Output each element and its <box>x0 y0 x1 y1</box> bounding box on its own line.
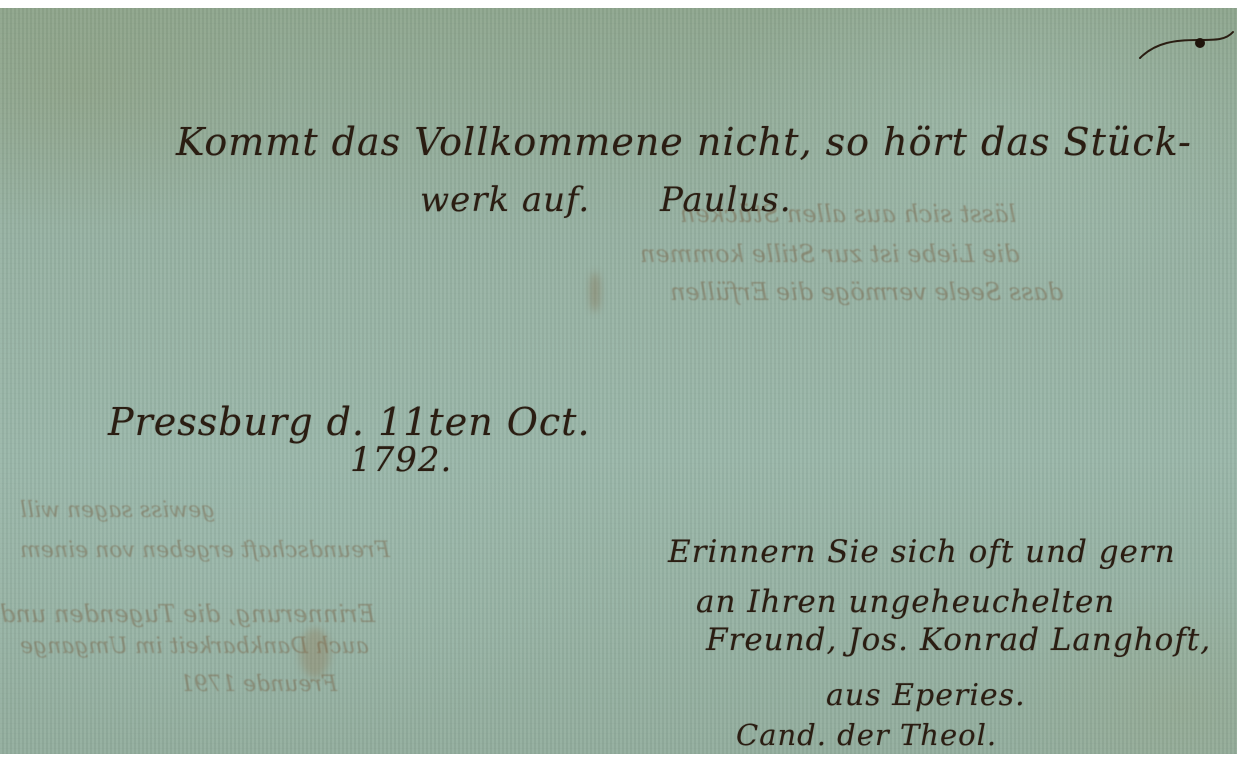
dateline-place-day: Pressburg d. 11ten Oct. <box>108 400 591 444</box>
ink-stain <box>300 628 330 678</box>
bleed-through-line: die Liebe ist zur Stille kommen <box>640 240 1019 268</box>
signature-line: an Ihren ungeheuchelten <box>696 584 1115 620</box>
signature-title: Cand. der Theol. <box>736 718 997 752</box>
bleed-through-line: Erinnerung, die Tugenden und <box>0 600 375 628</box>
signature-line: Erinnern Sie sich oft und gern <box>668 534 1176 570</box>
signature-origin: aus Eperies. <box>826 678 1026 713</box>
motto-attribution: Paulus. <box>660 180 792 220</box>
motto-line-2: werk auf. <box>420 180 590 220</box>
motto-line-1: Kommt das Vollkommene nicht, so hört das… <box>176 120 1192 164</box>
paper-sheet: lässt sich aus allen Stücken die Liebe i… <box>0 8 1237 754</box>
bleed-through-line: dass Seele vermöge die Erfüllen <box>670 278 1063 306</box>
ink-stain <box>590 272 600 312</box>
bleed-through-line: gewiss sagen will <box>20 498 215 523</box>
signature-name: Freund, Jos. Konrad Langhoft, <box>706 622 1211 658</box>
dateline-year: 1792. <box>350 440 452 480</box>
pen-flourish-icon <box>1136 28 1236 78</box>
bleed-through-line: Freundschaft ergeben von einem <box>20 538 390 563</box>
scanned-page: lässt sich aus allen Stücken die Liebe i… <box>0 0 1237 768</box>
